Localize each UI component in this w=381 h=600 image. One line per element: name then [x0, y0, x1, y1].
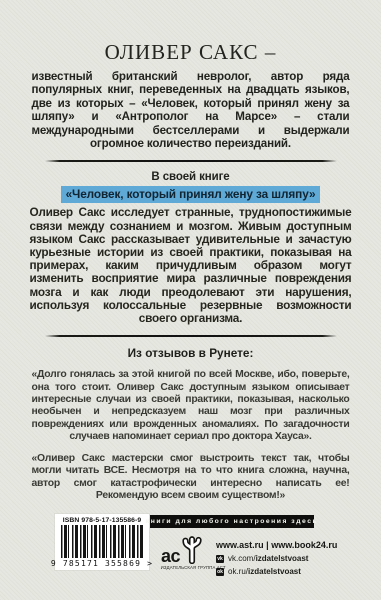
barcode: ISBN 978-5-17-135586-9 9 785171 355869 >: [55, 514, 149, 570]
review-quote: «Оливер Сакс мастерски смог выстроить те…: [32, 453, 350, 503]
websites-label: www.ast.ru | www.book24.ru: [216, 540, 337, 550]
review-quote: «Долго гонялась за этой книгой по всей М…: [32, 369, 350, 443]
book-title-highlight: «Человек, который принял жену за шляпу»: [61, 186, 321, 203]
book-title-wrap: «Человек, который принял жену за шляпу»: [0, 185, 381, 203]
publisher-links: www.ast.ru | www.book24.ru vk vk.com/izd…: [216, 540, 337, 576]
footer: ISBN 978-5-17-135586-9 9 785171 355869 >…: [0, 508, 381, 600]
publisher-group-label: ИЗДАТЕЛЬСКАЯ ГРУППА АСТ: [161, 566, 206, 570]
reviews-heading: Из отзывов в Рунете:: [0, 346, 381, 360]
book-lead-in: В своей книге: [0, 171, 381, 183]
ok-link-handle: izdatelstvoast: [248, 567, 301, 576]
vk-link-handle: izdatelstvoast: [256, 554, 309, 563]
promo-banner: книги для любого настроения здесь: [150, 515, 314, 528]
divider: [45, 160, 337, 162]
isbn-label: ISBN 978-5-17-135586-9: [63, 517, 142, 524]
ok-link: ok.ru/izdatelstvoast: [228, 567, 301, 576]
barcode-bars: [61, 525, 143, 558]
ok-link-row: ok ok.ru/izdatelstvoast: [216, 567, 337, 576]
ast-figure-icon: [179, 532, 205, 564]
ast-logo-text: ас: [161, 548, 180, 564]
barcode-digits: 9 785171 355869 >: [51, 559, 153, 568]
book-back-cover: ОЛИВЕР САКС – известный британский невро…: [0, 0, 381, 600]
ast-publisher-logo: ас ИЗДАТЕЛЬСКАЯ ГРУППА АСТ: [152, 534, 214, 572]
vk-link: vk.com/izdatelstvoast: [228, 554, 308, 563]
ok-icon: ok: [216, 568, 224, 576]
ast-logo-row: ас: [152, 534, 214, 564]
ok-link-prefix: ok.ru/: [228, 567, 248, 576]
author-intro-text: известный британский невролог, автор ряд…: [32, 70, 350, 150]
vk-link-row: vk vk.com/izdatelstvoast: [216, 554, 337, 563]
vk-icon: vk: [216, 555, 224, 563]
book-description: Оливер Сакс исследует странные, труднопо…: [30, 206, 352, 325]
divider: [45, 335, 337, 337]
vk-link-prefix: vk.com/: [228, 554, 256, 563]
author-heading: ОЛИВЕР САКС –: [0, 0, 381, 65]
